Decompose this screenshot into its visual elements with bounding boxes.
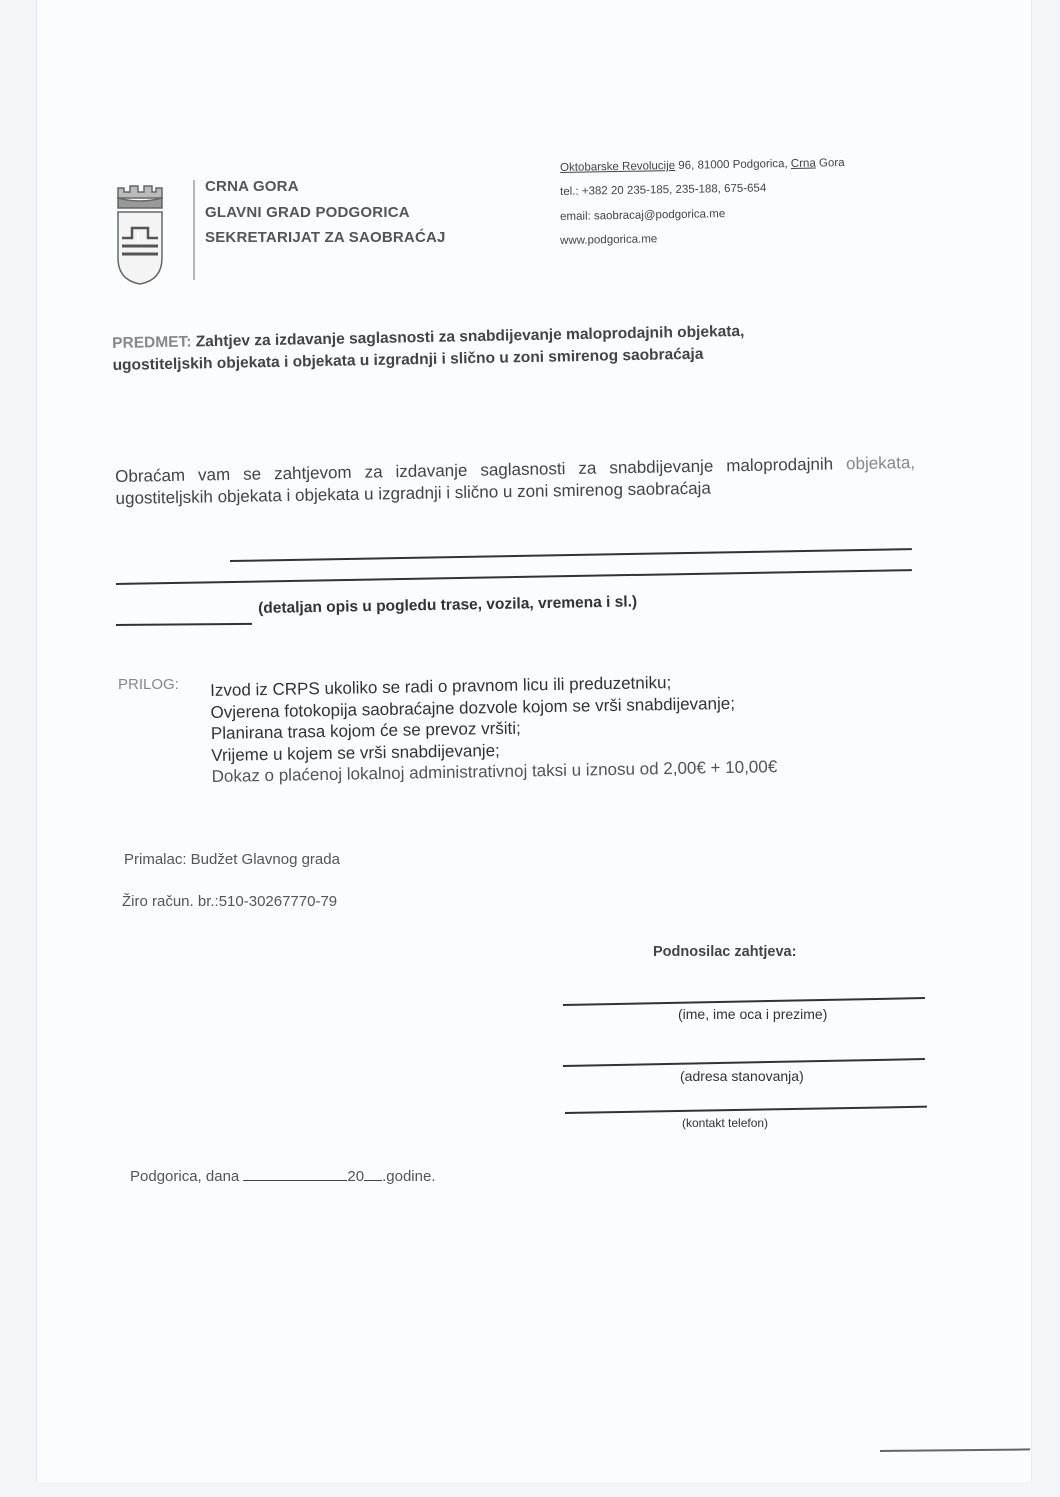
org-country: CRNA GORA [205, 178, 299, 195]
org-city: GLAVNI GRAD PODGORICA [205, 204, 410, 221]
subject-label: PREDMET: [112, 333, 192, 352]
contact-website: www.podgorica.me [560, 233, 657, 247]
header-divider [193, 180, 195, 280]
date-year-blank[interactable] [364, 1179, 382, 1181]
attachments-label: PRILOG: [118, 676, 179, 693]
address-country: Crna [791, 158, 816, 170]
request-text-faded: objekata, [846, 453, 915, 473]
address-rest: 96, 81000 Podgorica, [675, 158, 791, 172]
date-prefix: Podgorica, dana [130, 1168, 243, 1185]
address-country-rest: Gora [816, 157, 845, 170]
date-line: Podgorica, dana 20.godine. [130, 1168, 436, 1185]
podgorica-coat-of-arms-icon [114, 176, 166, 288]
applicant-address-label: (adresa stanovanja) [680, 1068, 804, 1084]
date-day-blank[interactable] [243, 1179, 347, 1181]
date-year-prefix: 20 [347, 1168, 364, 1185]
address-street: Oktobarske Revolucije [560, 160, 675, 174]
attachments-list: Izvod iz CRPS ukoliko se radi o pravnom … [210, 670, 777, 787]
applicant-title: Podnosilac zahtjeva: [653, 944, 796, 960]
applicant-phone-label: (kontakt telefon) [682, 1116, 768, 1130]
org-department: SEKRETARIJAT ZA SAOBRAĆAJ [205, 229, 446, 246]
applicant-name-label: (ime, ime oca i prezime) [678, 1006, 827, 1022]
payment-account: Žiro račun. br.:510-30267770-79 [122, 893, 337, 910]
payment-recipient: Primalac: Budžet Glavnog grada [124, 851, 340, 868]
date-suffix: .godine. [382, 1168, 435, 1185]
